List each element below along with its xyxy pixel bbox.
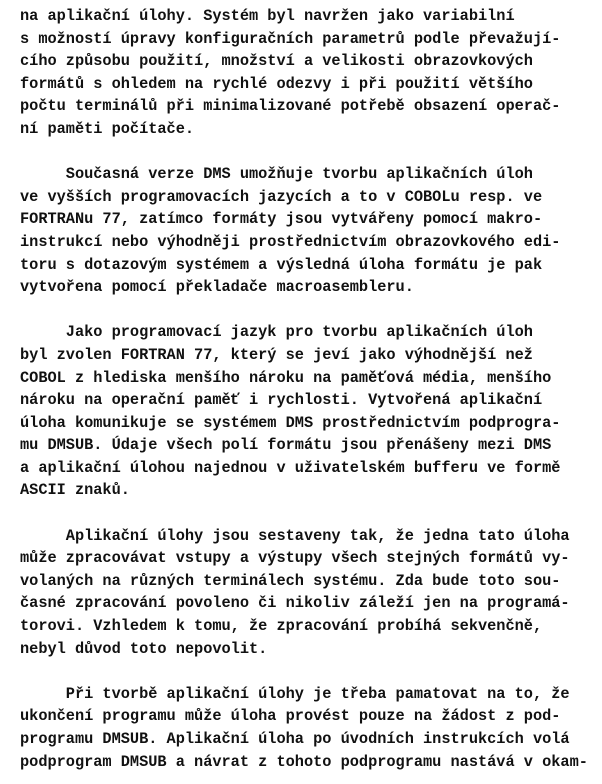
text-line: ve vyšších programovacích jazycích a to … — [20, 186, 600, 209]
paragraph: Při tvorbě aplikační úlohy je třeba pama… — [20, 683, 600, 773]
text-line: volaných na různých terminálech systému.… — [20, 570, 600, 593]
text-line: cího způsobu použití, množství a velikos… — [20, 50, 600, 73]
text-line: formátů s ohledem na rychlé odezvy i při… — [20, 73, 600, 96]
text-line: úloha komunikuje se systémem DMS prostře… — [20, 412, 600, 435]
text-line: instrukcí nebo výhodněji prostřednictvím… — [20, 231, 600, 254]
text-line: časné zpracování povoleno či nikoliv zál… — [20, 592, 600, 615]
text-line: může zpracovávat vstupy a výstupy všech … — [20, 547, 600, 570]
text-line: nebyl důvod toto nepovolit. — [20, 638, 600, 661]
text-line: toru s dotazovým systémem a výsledná úlo… — [20, 254, 600, 277]
text-line: Jako programovací jazyk pro tvorbu aplik… — [20, 321, 600, 344]
text-line: byl zvolen FORTRAN 77, který se jeví jak… — [20, 344, 600, 367]
text-line: programu DMSUB. Aplikační úloha po úvodn… — [20, 728, 600, 751]
text-line: s možností úpravy konfiguračních paramet… — [20, 28, 600, 51]
paragraph-spacer — [20, 502, 600, 525]
paragraph: Aplikační úlohy jsou sestaveny tak, že j… — [20, 525, 600, 661]
text-line: nároku na operační paměť i rychlosti. Vy… — [20, 389, 600, 412]
paragraph: na aplikační úlohy. Systém byl navržen j… — [20, 5, 600, 141]
text-line: mu DMSUB. Údaje všech polí formátu jsou … — [20, 434, 600, 457]
text-line: na aplikační úlohy. Systém byl navržen j… — [20, 5, 600, 28]
text-line: ASCII znaků. — [20, 479, 600, 502]
text-line: ukončení programu může úloha provést pou… — [20, 705, 600, 728]
text-line: Při tvorbě aplikační úlohy je třeba pama… — [20, 683, 600, 706]
text-line: Současná verze DMS umožňuje tvorbu aplik… — [20, 163, 600, 186]
text-line: vytvořena pomocí překladače macroasemble… — [20, 276, 600, 299]
paragraph-spacer — [20, 299, 600, 322]
paragraph: Současná verze DMS umožňuje tvorbu aplik… — [20, 163, 600, 299]
typewritten-page: na aplikační úlohy. Systém byl navržen j… — [20, 5, 600, 773]
text-line: torovi. Vzhledem k tomu, že zpracování p… — [20, 615, 600, 638]
text-line: a aplikační úlohou najednou v uživatelsk… — [20, 457, 600, 480]
paragraph-spacer — [20, 660, 600, 683]
text-line: FORTRANu 77, zatímco formáty jsou vytvář… — [20, 208, 600, 231]
text-line: počtu terminálů při minimalizované potře… — [20, 95, 600, 118]
text-line: ní paměti počítače. — [20, 118, 600, 141]
text-line: Aplikační úlohy jsou sestaveny tak, že j… — [20, 525, 600, 548]
paragraph-spacer — [20, 141, 600, 164]
text-line: COBOL z hlediska menšího nároku na paměť… — [20, 367, 600, 390]
paragraph: Jako programovací jazyk pro tvorbu aplik… — [20, 321, 600, 502]
text-line: podprogram DMSUB a návrat z tohoto podpr… — [20, 751, 600, 774]
